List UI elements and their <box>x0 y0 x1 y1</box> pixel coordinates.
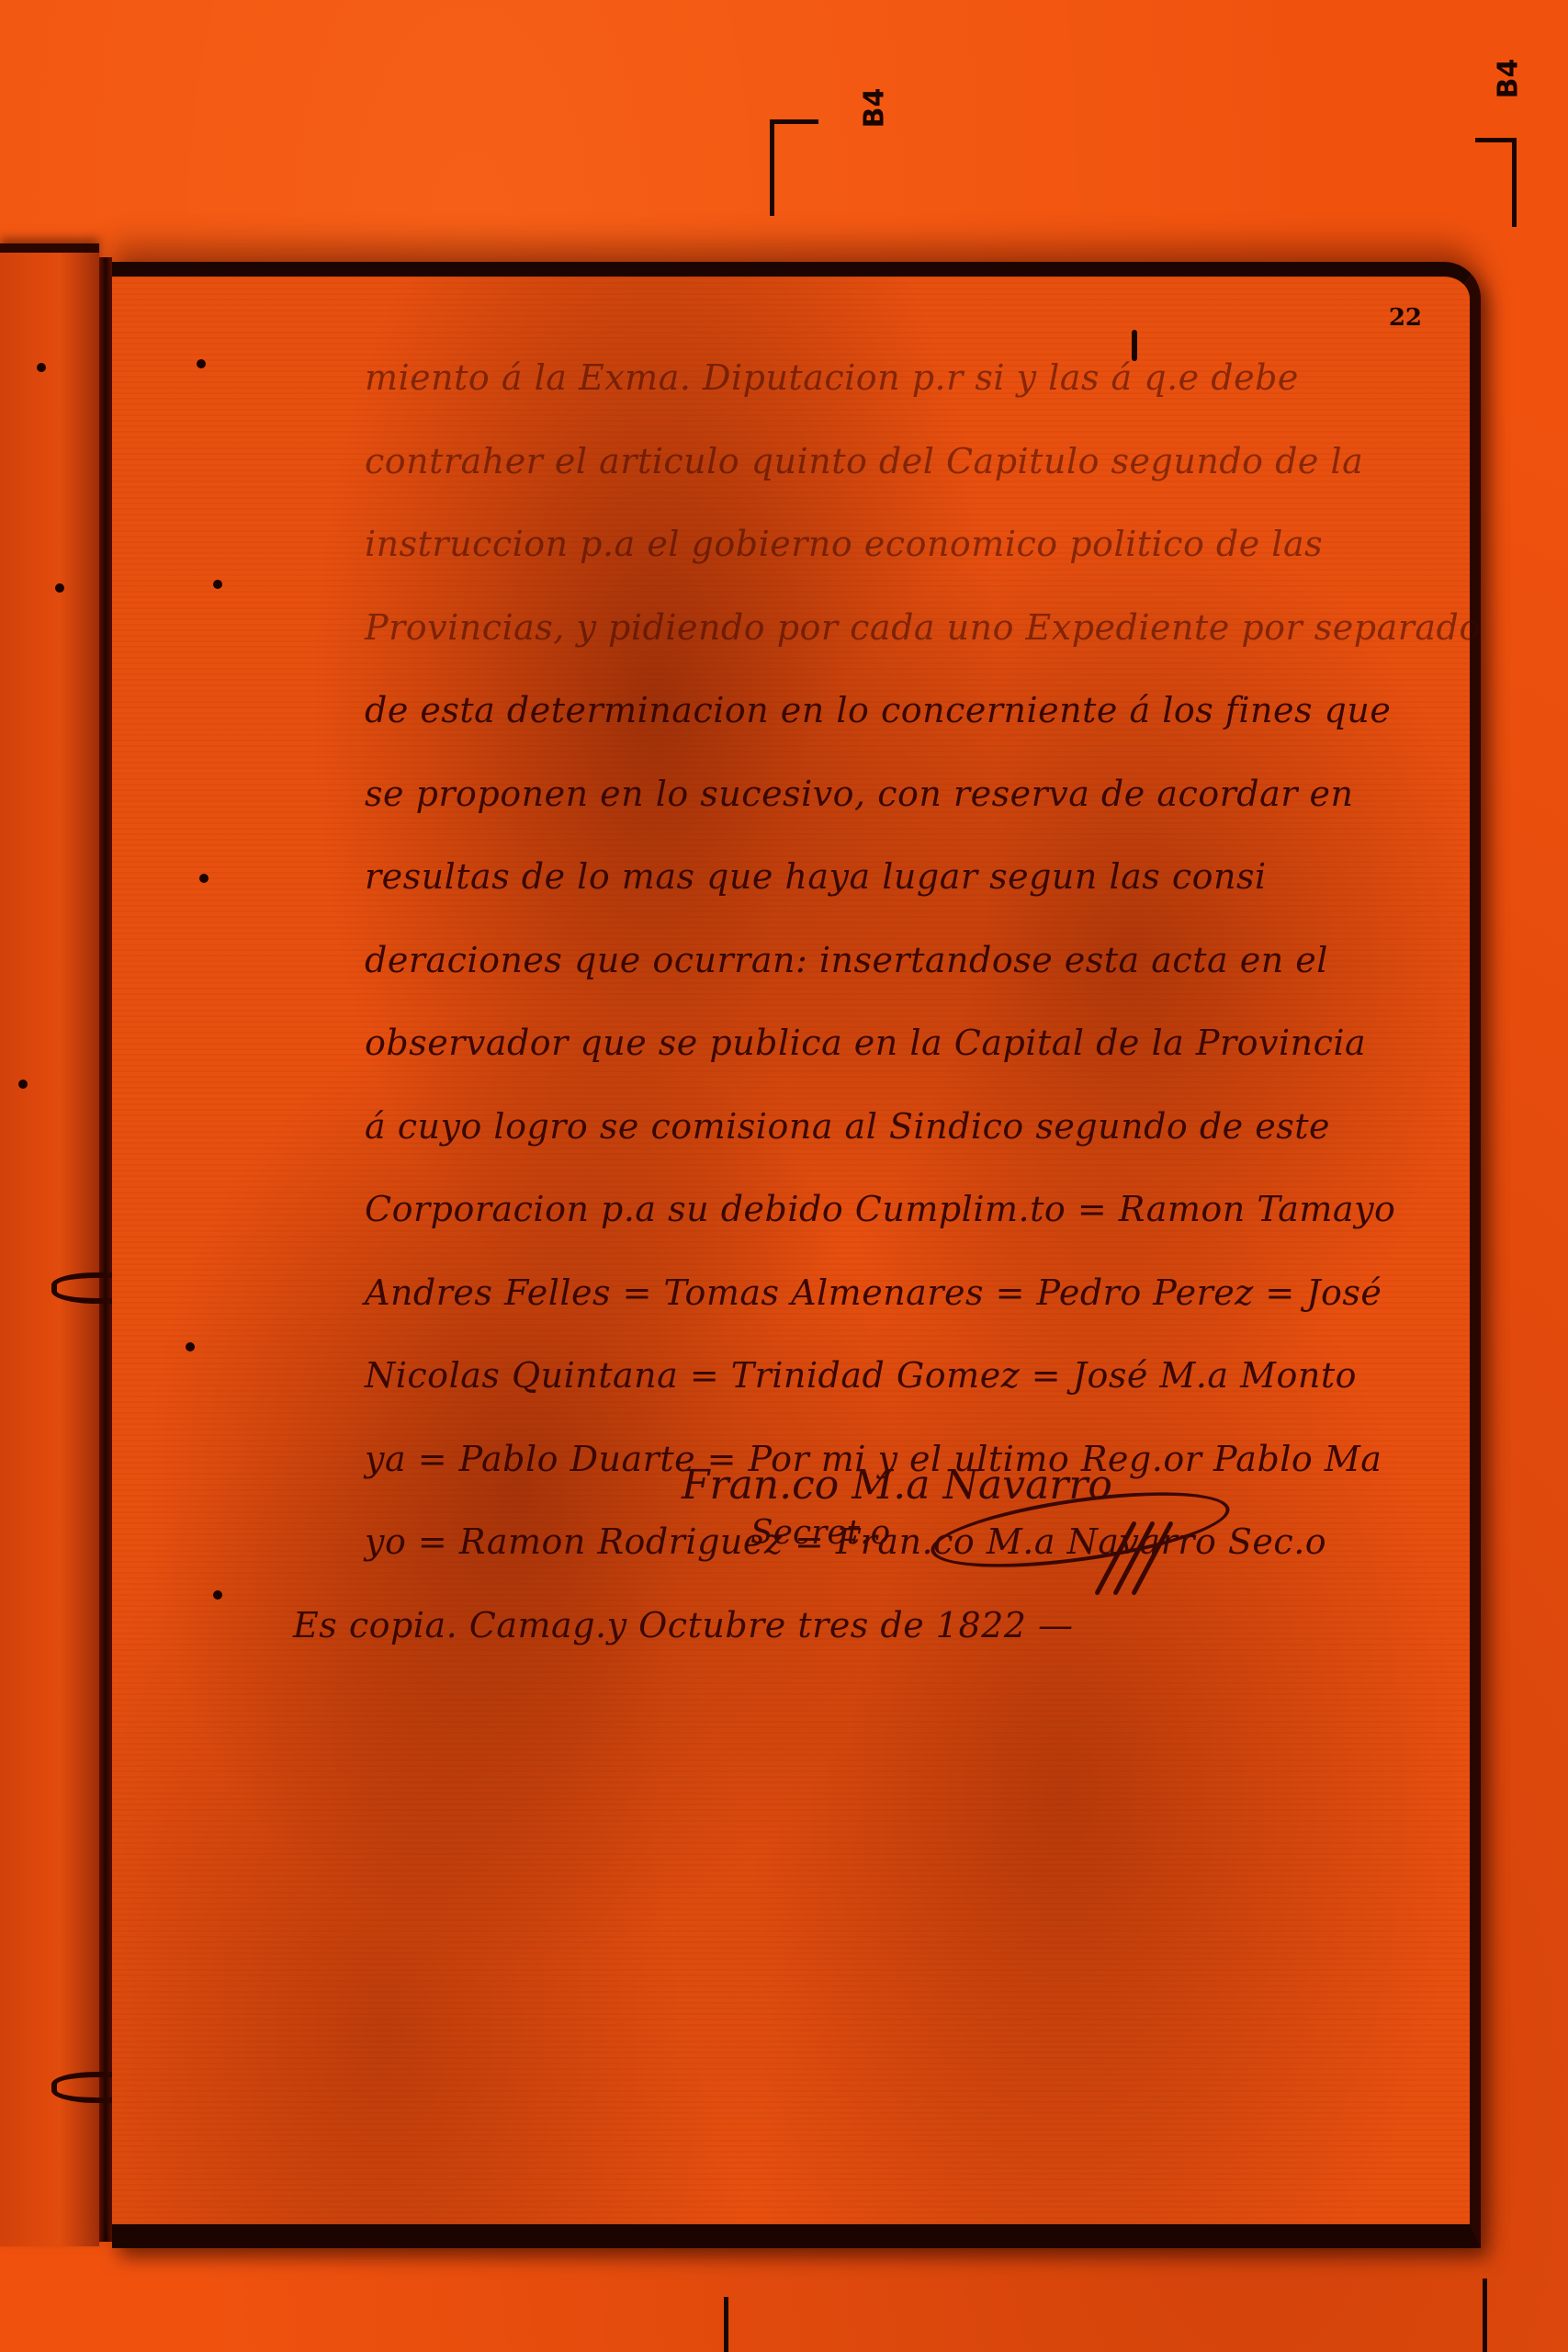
text-line: á cuyo logro se comisiona al Sindico seg… <box>365 1085 1458 1169</box>
wormhole-speck <box>197 359 206 368</box>
folio-number: 22 <box>1389 304 1422 332</box>
crop-marker-top-left <box>770 119 818 216</box>
signatory-name: Fran.co M.a Navarro <box>682 1462 1112 1509</box>
wormhole-speck <box>213 1590 222 1600</box>
previous-page-edge <box>0 243 99 2246</box>
text-line: de esta determinacion en lo concerniente… <box>365 669 1458 752</box>
text-line: resultas de lo mas que haya lugar segun … <box>365 835 1458 919</box>
crop-marker-top-right <box>1475 138 1517 227</box>
text-line: contraher el articulo quinto del Capitul… <box>365 420 1458 503</box>
text-line: Provincias, y pidiendo por cada uno Expe… <box>365 586 1458 670</box>
crop-marker-bottom-right <box>1483 2278 1487 2352</box>
book-spine <box>99 257 112 2242</box>
text-line: deraciones que ocurran: insertandose est… <box>365 919 1458 1002</box>
text-line: observador que se publica en la Capital … <box>365 1001 1458 1085</box>
crop-marker-label-left: B4 <box>858 88 890 129</box>
text-line: se proponen en lo sucesivo, con reserva … <box>365 752 1458 836</box>
wormhole-speck <box>37 363 46 372</box>
text-line-attestation: Es copia. Camag.y Octubre tres de 1822 — <box>293 1584 1458 1668</box>
manuscript-page: 22 miento á la Exma. Diputacion p.r si y… <box>112 262 1481 2248</box>
wormhole-speck <box>199 874 209 883</box>
wormhole-speck <box>18 1080 28 1089</box>
text-line: miento á la Exma. Diputacion p.r si y la… <box>365 336 1458 420</box>
text-line: Nicolas Quintana = Trinidad Gomez = José… <box>365 1334 1458 1418</box>
wormhole-speck <box>55 583 64 593</box>
wormhole-speck <box>213 580 222 589</box>
text-line: instruccion p.a el gobierno economico po… <box>365 503 1458 586</box>
crop-marker-bottom-left <box>724 2297 728 2352</box>
text-line: Corporacion p.a su debido Cumplim.to = R… <box>365 1168 1458 1251</box>
crop-marker-label-right: B4 <box>1492 59 1524 99</box>
signature-block: Fran.co M.a Navarro Secret.o <box>682 1462 1112 1552</box>
text-line: Andres Felles = Tomas Almenares = Pedro … <box>365 1251 1458 1335</box>
wormhole-speck <box>186 1342 195 1351</box>
